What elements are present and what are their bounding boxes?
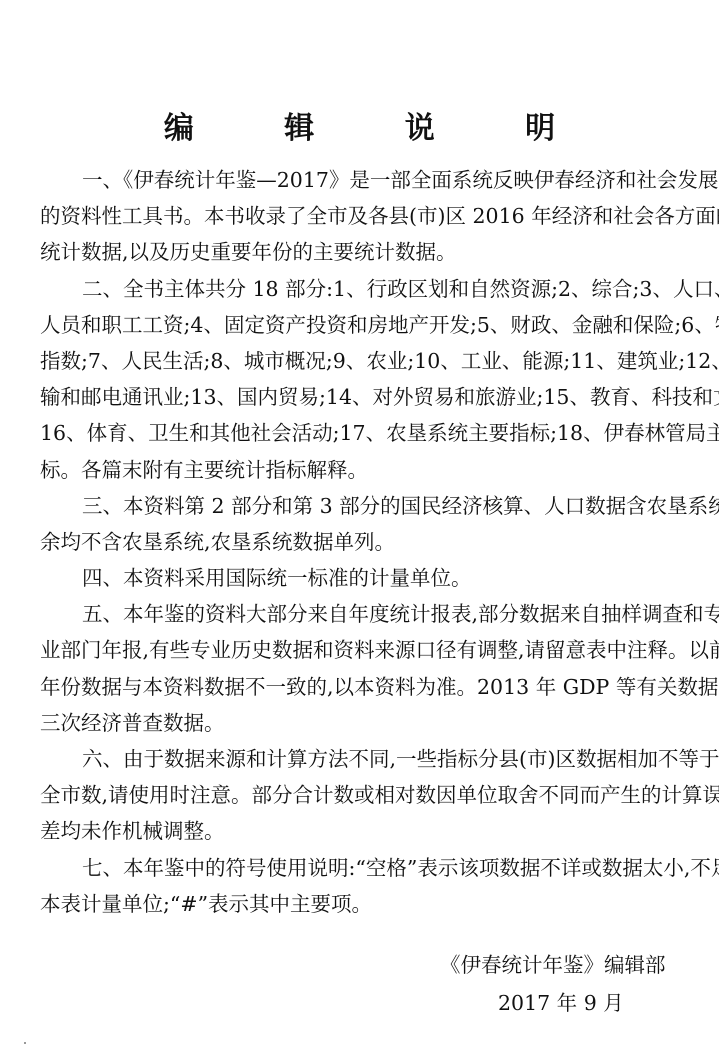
text-line: 全市数,请使用时注意。部分合计数或相对数因单位取舍不同而产生的计算误 (40, 777, 674, 813)
scan-speck (24, 1042, 26, 1044)
text-line: 年份数据与本资料数据不一致的,以本资料为准。2013 年 GDP 等有关数据为第 (40, 669, 674, 705)
text-line: 差均未作机械调整。 (40, 813, 674, 849)
page-title: 编 辑 说 明 (0, 103, 719, 147)
paragraph-2: 二、全书主体共分 18 部分:1、行政区划和自然资源;2、综合;3、人口、从业 … (40, 271, 674, 488)
text-line: 输和邮电通讯业;13、国内贸易;14、对外贸易和旅游业;15、教育、科技和文化; (40, 379, 674, 415)
signature-date: 2017 年 9 月 (498, 986, 719, 1016)
text-line: 的资料性工具书。本书收录了全市及各县(市)区 2016 年经济和社会各方面的 (40, 198, 674, 234)
text-line: 一、《伊春统计年鉴—2017》是一部全面系统反映伊春经济和社会发展情况 (40, 162, 674, 198)
text-line: 三次经济普查数据。 (40, 705, 674, 741)
text-line: 标。各篇末附有主要统计指标解释。 (40, 452, 674, 488)
text-line: 本表计量单位;“#”表示其中主要项。 (40, 886, 674, 922)
text-line: 统计数据,以及历史重要年份的主要统计数据。 (40, 234, 674, 270)
text-line: 16、体育、卫生和其他社会活动;17、农垦系统主要指标;18、伊春林管局主要指 (40, 415, 674, 451)
text-line: 指数;7、人民生活;8、城市概况;9、农业;10、工业、能源;11、建筑业;12… (40, 343, 674, 379)
text-line: 人员和职工工资;4、固定资产投资和房地产开发;5、财政、金融和保险;6、物价 (40, 307, 674, 343)
text-line: 余均不含农垦系统,农垦系统数据单列。 (40, 524, 674, 560)
text-line: 四、本资料采用国际统一标准的计量单位。 (40, 560, 674, 596)
paragraph-5: 五、本年鉴的资料大部分来自年度统计报表,部分数据来自抽样调查和专 业部门年报,有… (40, 596, 674, 741)
text-line: 三、本资料第 2 部分和第 3 部分的国民经济核算、人口数据含农垦系统,其 (40, 488, 674, 524)
signature-editor: 《伊春统计年鉴》编辑部 (440, 948, 719, 978)
document-body: 一、《伊春统计年鉴—2017》是一部全面系统反映伊春经济和社会发展情况 的资料性… (40, 162, 674, 922)
text-line: 六、由于数据来源和计算方法不同,一些指标分县(市)区数据相加不等于 (40, 741, 674, 777)
text-line: 业部门年报,有些专业历史数据和资料来源口径有调整,请留意表中注释。以前 (40, 632, 674, 668)
paragraph-3: 三、本资料第 2 部分和第 3 部分的国民经济核算、人口数据含农垦系统,其 余均… (40, 488, 674, 560)
paragraph-4: 四、本资料采用国际统一标准的计量单位。 (40, 560, 674, 596)
text-line: 二、全书主体共分 18 部分:1、行政区划和自然资源;2、综合;3、人口、从业 (40, 271, 674, 307)
paragraph-7: 七、本年鉴中的符号使用说明:“空格”表示该项数据不详或数据太小,不足 本表计量单… (40, 850, 674, 922)
text-line: 七、本年鉴中的符号使用说明:“空格”表示该项数据不详或数据太小,不足 (40, 850, 674, 886)
paragraph-1: 一、《伊春统计年鉴—2017》是一部全面系统反映伊春经济和社会发展情况 的资料性… (40, 162, 674, 271)
paragraph-6: 六、由于数据来源和计算方法不同,一些指标分县(市)区数据相加不等于 全市数,请使… (40, 741, 674, 850)
text-line: 五、本年鉴的资料大部分来自年度统计报表,部分数据来自抽样调查和专 (40, 596, 674, 632)
